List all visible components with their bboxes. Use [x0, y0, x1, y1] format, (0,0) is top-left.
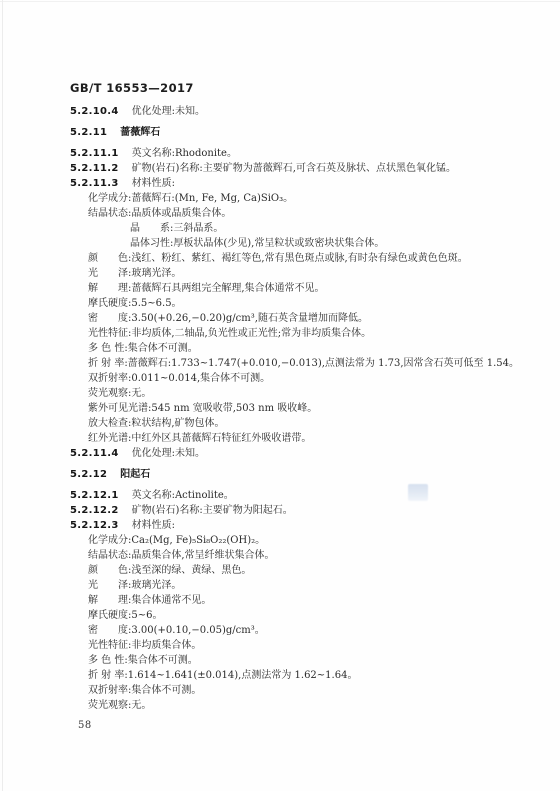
document-line: 5.2.11.1英文名称:Rhodonite。: [70, 146, 540, 161]
document-line: 放大检查:粒状结构,矿物包体。: [70, 416, 540, 431]
clause-number: 5.2.11.1: [70, 146, 119, 161]
line-text: 材料性质:: [132, 178, 175, 189]
line-text: 折 射 率:1.614~1.641(±0.014),点测法常为 1.62~1.6…: [88, 670, 357, 681]
line-text: 颜 色:浅红、粉红、紫红、褐红等色,常有黑色斑点或脉,有时杂有绿色或黄色色斑。: [88, 253, 468, 264]
line-text: 光 泽:玻璃光泽。: [88, 268, 181, 279]
line-text: 结晶状态:晶质集合体,常呈纤维状集合体。: [88, 550, 275, 561]
line-text: 双折射率:集合体不可测。: [88, 685, 201, 696]
document-line: 结晶状态:晶质集合体,常呈纤维状集合体。: [70, 548, 540, 563]
document-line: 5.2.10.4优化处理:未知。: [70, 104, 540, 119]
document-line: 解 理:蔷薇辉石具两组完全解理,集合体通常不见。: [70, 281, 540, 296]
document-line: 晶体习性:厚板状晶体(少见),常呈粒状或致密块状集合体。: [70, 236, 540, 251]
line-text: 矿物(岩石)名称:主要矿物为蔷薇辉石,可含石英及脉状、点状黑色氧化锰。: [132, 163, 456, 174]
line-text: 多 色 性:集合体不可测。: [88, 343, 198, 354]
document-line: 5.2.11.4优化处理:未知。: [70, 446, 540, 461]
document-content: 5.2.10.4优化处理:未知。5.2.11蔷薇辉石5.2.11.1英文名称:R…: [70, 104, 540, 713]
line-text: 矿物(岩石)名称:主要矿物为阳起石。: [132, 505, 293, 516]
document-line: 光 泽:玻璃光泽。: [70, 578, 540, 593]
clause-number: 5.2.12.2: [70, 503, 119, 518]
document-line: 光性特征:非均质集合体。: [70, 638, 540, 653]
line-text: 颜 色:浅至深的绿、黄绿、黑色。: [88, 565, 251, 576]
line-text: 双折射率:0.011~0.014,集合体不可测。: [88, 373, 270, 384]
line-text: 放大检查:粒状结构,矿物包体。: [88, 418, 225, 429]
line-text: 光 泽:玻璃光泽。: [88, 580, 181, 591]
document-line: 双折射率:0.011~0.014,集合体不可测。: [70, 371, 540, 386]
document-line: 颜 色:浅红、粉红、紫红、褐红等色,常有黑色斑点或脉,有时杂有绿色或黄色色斑。: [70, 251, 540, 266]
document-line: 5.2.11.2矿物(岩石)名称:主要矿物为蔷薇辉石,可含石英及脉状、点状黑色氧…: [70, 161, 540, 176]
line-text: 多 色 性:集合体不可测。: [88, 655, 198, 666]
clause-number: 5.2.12: [70, 467, 107, 482]
document-line: 化学成分:Ca₂(Mg, Fe)₅Si₈O₂₂(OH)₂。: [70, 533, 540, 548]
section-heading: 5.2.12阳起石: [70, 467, 540, 482]
clause-number: 5.2.12.3: [70, 518, 119, 533]
line-text: 荧光观察:无。: [88, 388, 151, 399]
document-line: 多 色 性:集合体不可测。: [70, 341, 540, 356]
line-text: 化学成分:Ca₂(Mg, Fe)₅Si₈O₂₂(OH)₂。: [88, 535, 265, 546]
document-line: 荧光观察:无。: [70, 386, 540, 401]
document-line: 密 度:3.00(+0.10,−0.05)g/cm³。: [70, 623, 540, 638]
line-text: 结晶状态:晶质体或晶质集合体。: [88, 208, 231, 219]
line-text: 红外光谱:中红外区具蔷薇辉石特征红外吸收谱带。: [88, 433, 311, 444]
clause-number: 5.2.11.4: [70, 446, 119, 461]
line-text: 晶 系:三斜晶系。: [130, 223, 223, 234]
document-line: 多 色 性:集合体不可测。: [70, 653, 540, 668]
document-line: 密 度:3.50(+0.26,−0.20)g/cm³,随石英含量增加而降低。: [70, 311, 540, 326]
document-line: 红外光谱:中红外区具蔷薇辉石特征红外吸收谱带。: [70, 431, 540, 446]
clause-number: 5.2.12.1: [70, 488, 119, 503]
document-line: 5.2.12.2矿物(岩石)名称:主要矿物为阳起石。: [70, 503, 540, 518]
document-line: 折 射 率:1.614~1.641(±0.014),点测法常为 1.62~1.6…: [70, 668, 540, 683]
line-text: 优化处理:未知。: [132, 448, 205, 459]
line-text: 英文名称:Rhodonite。: [132, 148, 237, 159]
clause-number: 5.2.11: [70, 125, 107, 140]
line-text: 摩氏硬度:5.5~6.5。: [88, 298, 182, 309]
document-line: 结晶状态:晶质体或晶质集合体。: [70, 206, 540, 221]
document-line: 光 泽:玻璃光泽。: [70, 266, 540, 281]
line-text: 优化处理:未知。: [132, 106, 205, 117]
scan-left-edge: [2, 0, 3, 791]
line-text: 荧光观察:无。: [88, 700, 151, 711]
document-line: 5.2.12.3材料性质:: [70, 518, 540, 533]
document-line: 折 射 率:蔷薇辉石:1.733~1.747(+0.010,−0.013),点测…: [70, 356, 540, 371]
document-line: 5.2.12.1英文名称:Actinolite。: [70, 488, 540, 503]
document-line: 摩氏硬度:5.5~6.5。: [70, 296, 540, 311]
line-text: 阳起石: [120, 469, 150, 480]
line-text: 折 射 率:蔷薇辉石:1.733~1.747(+0.010,−0.013),点测…: [88, 358, 519, 369]
line-text: 密 度:3.00(+0.10,−0.05)g/cm³。: [88, 625, 265, 636]
clause-number: 5.2.11.3: [70, 176, 119, 191]
document-line: 晶 系:三斜晶系。: [70, 221, 540, 236]
document-line: 5.2.11.3材料性质:: [70, 176, 540, 191]
section-heading: 5.2.11蔷薇辉石: [70, 125, 540, 140]
document-line: 解 理:集合体通常不见。: [70, 593, 540, 608]
document-line: 荧光观察:无。: [70, 698, 540, 713]
line-text: 解 理:蔷薇辉石具两组完全解理,集合体通常不见。: [88, 283, 325, 294]
document-line: 化学成分:蔷薇辉石:(Mn, Fe, Mg, Ca)SiO₃。: [70, 191, 540, 206]
line-text: 解 理:集合体通常不见。: [88, 595, 211, 606]
standard-number-header: GB/T 16553—2017: [70, 81, 194, 95]
line-text: 密 度:3.50(+0.26,−0.20)g/cm³,随石英含量增加而降低。: [88, 313, 368, 324]
line-text: 英文名称:Actinolite。: [132, 490, 234, 501]
document-line: 光性特征:非均质体,二轴晶,负光性或正光性;常为非均质集合体。: [70, 326, 540, 341]
line-text: 晶体习性:厚板状晶体(少见),常呈粒状或致密块状集合体。: [130, 238, 384, 249]
line-text: 蔷薇辉石: [120, 127, 160, 138]
document-line: 双折射率:集合体不可测。: [70, 683, 540, 698]
document-line: 摩氏硬度:5~6。: [70, 608, 540, 623]
line-text: 光性特征:非均质集合体。: [88, 640, 201, 651]
line-text: 紫外可见光谱:545 nm 宽吸收带,503 nm 吸收峰。: [88, 403, 317, 414]
document-line: 紫外可见光谱:545 nm 宽吸收带,503 nm 吸收峰。: [70, 401, 540, 416]
line-text: 材料性质:: [132, 520, 175, 531]
page-number: 58: [78, 720, 92, 731]
document-line: 颜 色:浅至深的绿、黄绿、黑色。: [70, 563, 540, 578]
scan-top-edge: [0, 1, 560, 2]
line-text: 摩氏硬度:5~6。: [88, 610, 162, 621]
clause-number: 5.2.11.2: [70, 161, 119, 176]
line-text: 化学成分:蔷薇辉石:(Mn, Fe, Mg, Ca)SiO₃。: [88, 193, 293, 204]
line-text: 光性特征:非均质体,二轴晶,负光性或正光性;常为非均质集合体。: [88, 328, 371, 339]
clause-number: 5.2.10.4: [70, 104, 119, 119]
scan-artifact-mark: [408, 484, 428, 501]
standard-document-page: GB/T 16553—2017 5.2.10.4优化处理:未知。5.2.11蔷薇…: [0, 0, 560, 791]
